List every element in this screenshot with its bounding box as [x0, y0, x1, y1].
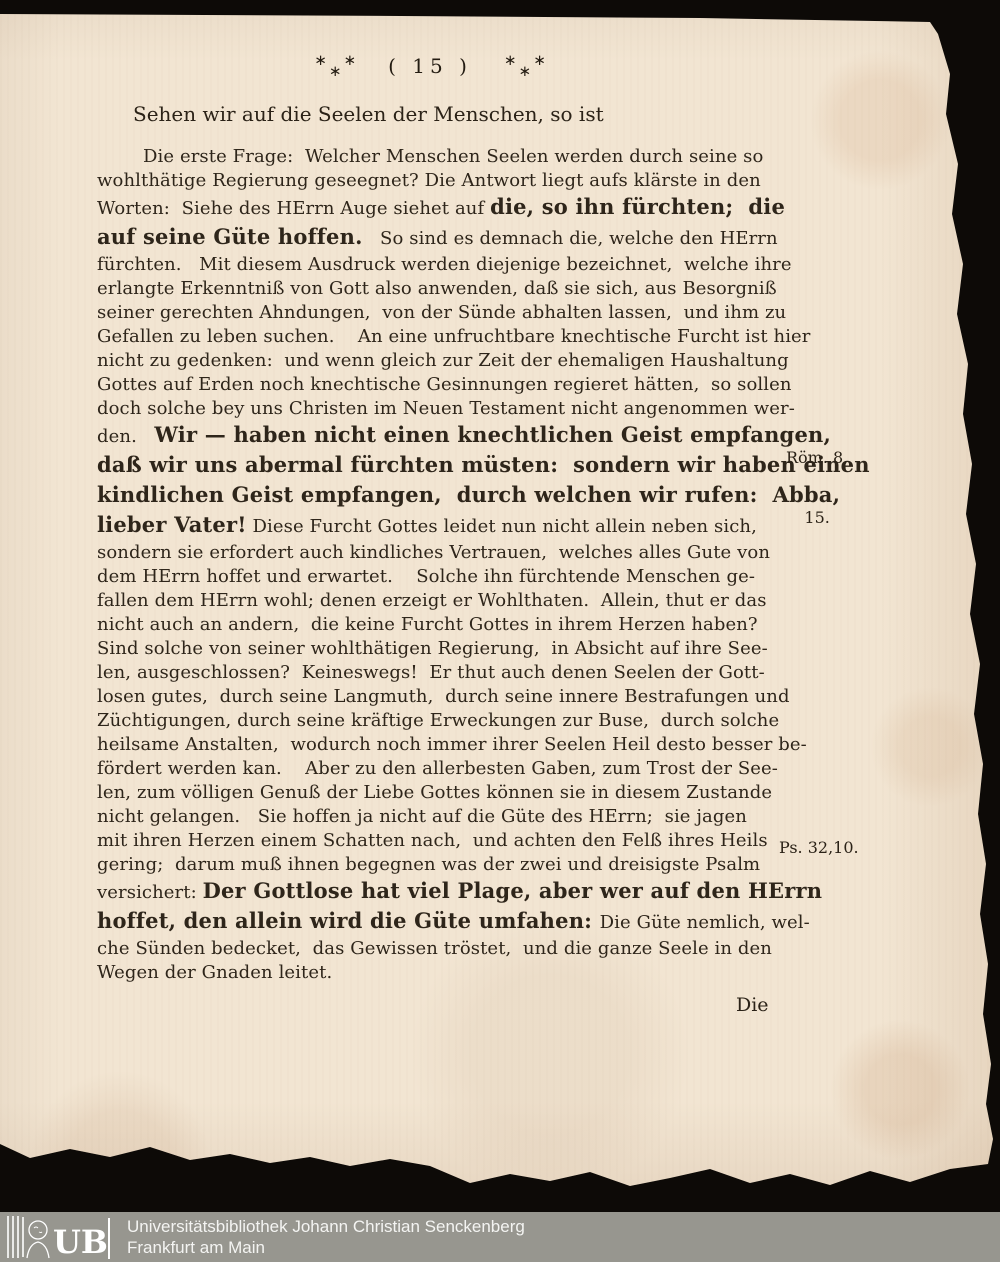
- emphasized-text-segment: daß wir uns abermal fürchten müsten: son…: [97, 452, 870, 477]
- text-line: seiner gerechten Ahndungen, von der Sünd…: [97, 301, 797, 325]
- text-segment: fürchten. Mit diesem Ausdruck werden die…: [97, 254, 792, 275]
- text-segment: Die Güte nemlich, wel-: [600, 912, 810, 933]
- text-segment: sondern sie erfordert auch kindliches Ve…: [97, 542, 770, 563]
- ornament-bottom-row: ∗: [329, 66, 342, 77]
- text-line: heilsame Anstalten, wodurch noch immer i…: [97, 733, 797, 757]
- text-line: Worten: Siehe des HErrn Auge siehet auf …: [97, 193, 797, 223]
- emphasized-text-segment: Wir — haben nicht einen knechtlichen Gei…: [154, 422, 831, 447]
- library-name: Universitätsbibliothek Johann Christian …: [127, 1216, 525, 1237]
- text-line: fallen dem HErrn wohl; denen erzeigt er …: [97, 589, 797, 613]
- text-line: wohlthätige Regierung geseegnet? Die Ant…: [97, 169, 797, 193]
- text-segment: Diese Furcht Gottes leidet nun nicht all…: [247, 516, 757, 537]
- text-line: len, zum völligen Genuß der Liebe Gottes…: [97, 781, 797, 805]
- library-city: Frankfurt am Main: [127, 1237, 525, 1258]
- text-line: hoffet, den allein wird die Güte umfahen…: [97, 907, 797, 937]
- asterisk-ornament-left: ∗ ∗ ∗: [308, 55, 362, 77]
- text-line: losen gutes, durch seine Langmuth, durch…: [97, 685, 797, 709]
- text-line: gering; darum muß ihnen begegnen was der…: [97, 853, 797, 877]
- text-line: kindlichen Geist empfangen, durch welche…: [97, 481, 797, 511]
- text-segment: versichert:: [97, 882, 203, 903]
- text-line: Gottes auf Erden noch knechtische Gesinn…: [97, 373, 797, 397]
- text-segment: Wegen der Gnaden leitet.: [97, 962, 332, 983]
- text-line: auf seine Güte hoffen. So sind es demnac…: [97, 223, 797, 253]
- text-line: mit ihren Herzen einem Schatten nach, un…: [97, 829, 797, 853]
- text-segment: So sind es demnach die, welche den HErrn: [363, 228, 778, 249]
- text-segment: che Sünden bedecket, das Gewissen tröste…: [97, 938, 772, 959]
- text-line: che Sünden bedecket, das Gewissen tröste…: [97, 937, 797, 961]
- portrait-icon: [27, 1221, 49, 1258]
- text-line: den. Wir — haben nicht einen knechtliche…: [97, 421, 797, 451]
- text-segment: gering; darum muß ihnen begegnen was der…: [97, 854, 760, 875]
- text-line: Wegen der Gnaden leitet.: [97, 961, 797, 985]
- text-line: sondern sie erfordert auch kindliches Ve…: [97, 541, 797, 565]
- text-line: lieber Vater! Diese Furcht Gottes leidet…: [97, 511, 797, 541]
- emphasized-text-segment: Der Gottlose hat viel Plage, aber wer au…: [203, 878, 823, 903]
- asterisk-ornament-right: ∗ ∗ ∗: [498, 55, 552, 77]
- text-segment: Gefallen zu leben suchen. An eine unfruc…: [97, 326, 811, 347]
- text-segment: dem HErrn hoffet und erwartet. Solche ih…: [97, 566, 755, 587]
- logo-ub-letters: UB: [53, 1223, 108, 1260]
- body-lines: Die erste Frage: Welcher Menschen Seelen…: [97, 145, 797, 985]
- text-line: nicht auch an andern, die keine Furcht G…: [97, 613, 797, 637]
- text-segment: fördert werden kan. Aber zu den allerbes…: [97, 758, 778, 779]
- emphasized-text-segment: auf seine Güte hoffen.: [97, 224, 363, 249]
- text-segment: doch solche bey uns Christen im Neuen Te…: [97, 398, 795, 419]
- emphasized-text-segment: kindlichen Geist empfangen, durch welche…: [97, 482, 840, 507]
- text-segment: Gottes auf Erden noch knechtische Gesinn…: [97, 374, 792, 395]
- text-line: fürchten. Mit diesem Ausdruck werden die…: [97, 253, 797, 277]
- text-segment: den.: [97, 426, 154, 447]
- text-segment: len, zum völligen Genuß der Liebe Gottes…: [97, 782, 772, 803]
- page-number: ( 15 ): [388, 54, 472, 78]
- text-line: nicht gelangen. Sie hoffen ja nicht auf …: [97, 805, 797, 829]
- margin-note-romans: Röm. 8, 15.: [786, 408, 848, 568]
- ornament-bottom-row: ∗: [519, 66, 532, 77]
- catchword: Die: [736, 994, 769, 1016]
- emphasized-text-segment: lieber Vater!: [97, 512, 247, 537]
- scanned-page: ∗ ∗ ∗ ( 15 ) ∗ ∗ ∗ Sehen wir auf die See…: [0, 14, 1000, 1196]
- section-opening-line: Sehen wir auf die Seelen der Menschen, s…: [133, 102, 604, 126]
- text-line: Gefallen zu leben suchen. An eine unfruc…: [97, 325, 797, 349]
- text-segment: Worten: Siehe des HErrn Auge siehet auf: [97, 198, 490, 219]
- text-segment: Sind solche von seiner wohlthätigen Regi…: [97, 638, 768, 659]
- logo-stripes-icon: [8, 1216, 23, 1258]
- text-line: nicht zu gedenken: und wenn gleich zur Z…: [97, 349, 797, 373]
- text-segment: Züchtigungen, durch seine kräftige Erwec…: [97, 710, 779, 731]
- text-segment: Die erste Frage: Welcher Menschen Seelen…: [143, 146, 763, 167]
- text-segment: erlangte Erkenntniß von Gott also anwend…: [97, 278, 777, 299]
- margin-note-line: Röm. 8,: [786, 448, 848, 468]
- text-segment: fallen dem HErrn wohl; denen erzeigt er …: [97, 590, 767, 611]
- library-name-block: Universitätsbibliothek Johann Christian …: [127, 1216, 525, 1258]
- emphasized-text-segment: die, so ihn fürchten; die: [490, 194, 785, 219]
- text-segment: heilsame Anstalten, wodurch noch immer i…: [97, 734, 807, 755]
- text-segment: nicht gelangen. Sie hoffen ja nicht auf …: [97, 806, 747, 827]
- text-line: Züchtigungen, durch seine kräftige Erwec…: [97, 709, 797, 733]
- library-footer-bar: UB Universitätsbibliothek Johann Christi…: [0, 1212, 1000, 1262]
- margin-note-psalm: Ps. 32,10.: [779, 838, 859, 858]
- text-segment: losen gutes, durch seine Langmuth, durch…: [97, 686, 790, 707]
- margin-note-line: 15.: [786, 508, 848, 528]
- emphasized-text-segment: hoffet, den allein wird die Güte umfahen…: [97, 908, 600, 933]
- text-line: Sind solche von seiner wohlthätigen Regi…: [97, 637, 797, 661]
- text-line: versichert: Der Gottlose hat viel Plage,…: [97, 877, 797, 907]
- text-segment: seiner gerechten Ahndungen, von der Sünd…: [97, 302, 786, 323]
- text-line: len, ausgeschlossen? Keineswegs! Er thut…: [97, 661, 797, 685]
- text-segment: nicht auch an andern, die keine Furcht G…: [97, 614, 758, 635]
- text-segment: mit ihren Herzen einem Schatten nach, un…: [97, 830, 768, 851]
- text-line: fördert werden kan. Aber zu den allerbes…: [97, 757, 797, 781]
- text-line: erlangte Erkenntniß von Gott also anwend…: [97, 277, 797, 301]
- page-header: ∗ ∗ ∗ ( 15 ) ∗ ∗ ∗: [0, 54, 860, 78]
- text-segment: wohlthätige Regierung geseegnet? Die Ant…: [97, 170, 761, 191]
- text-line: doch solche bey uns Christen im Neuen Te…: [97, 397, 797, 421]
- text-line: daß wir uns abermal fürchten müsten: son…: [97, 451, 797, 481]
- text-segment: len, ausgeschlossen? Keineswegs! Er thut…: [97, 662, 765, 683]
- ub-library-logo: UB: [5, 1214, 113, 1260]
- text-line: Die erste Frage: Welcher Menschen Seelen…: [97, 145, 797, 169]
- text-line: dem HErrn hoffet und erwartet. Solche ih…: [97, 565, 797, 589]
- text-segment: nicht zu gedenken: und wenn gleich zur Z…: [97, 350, 789, 371]
